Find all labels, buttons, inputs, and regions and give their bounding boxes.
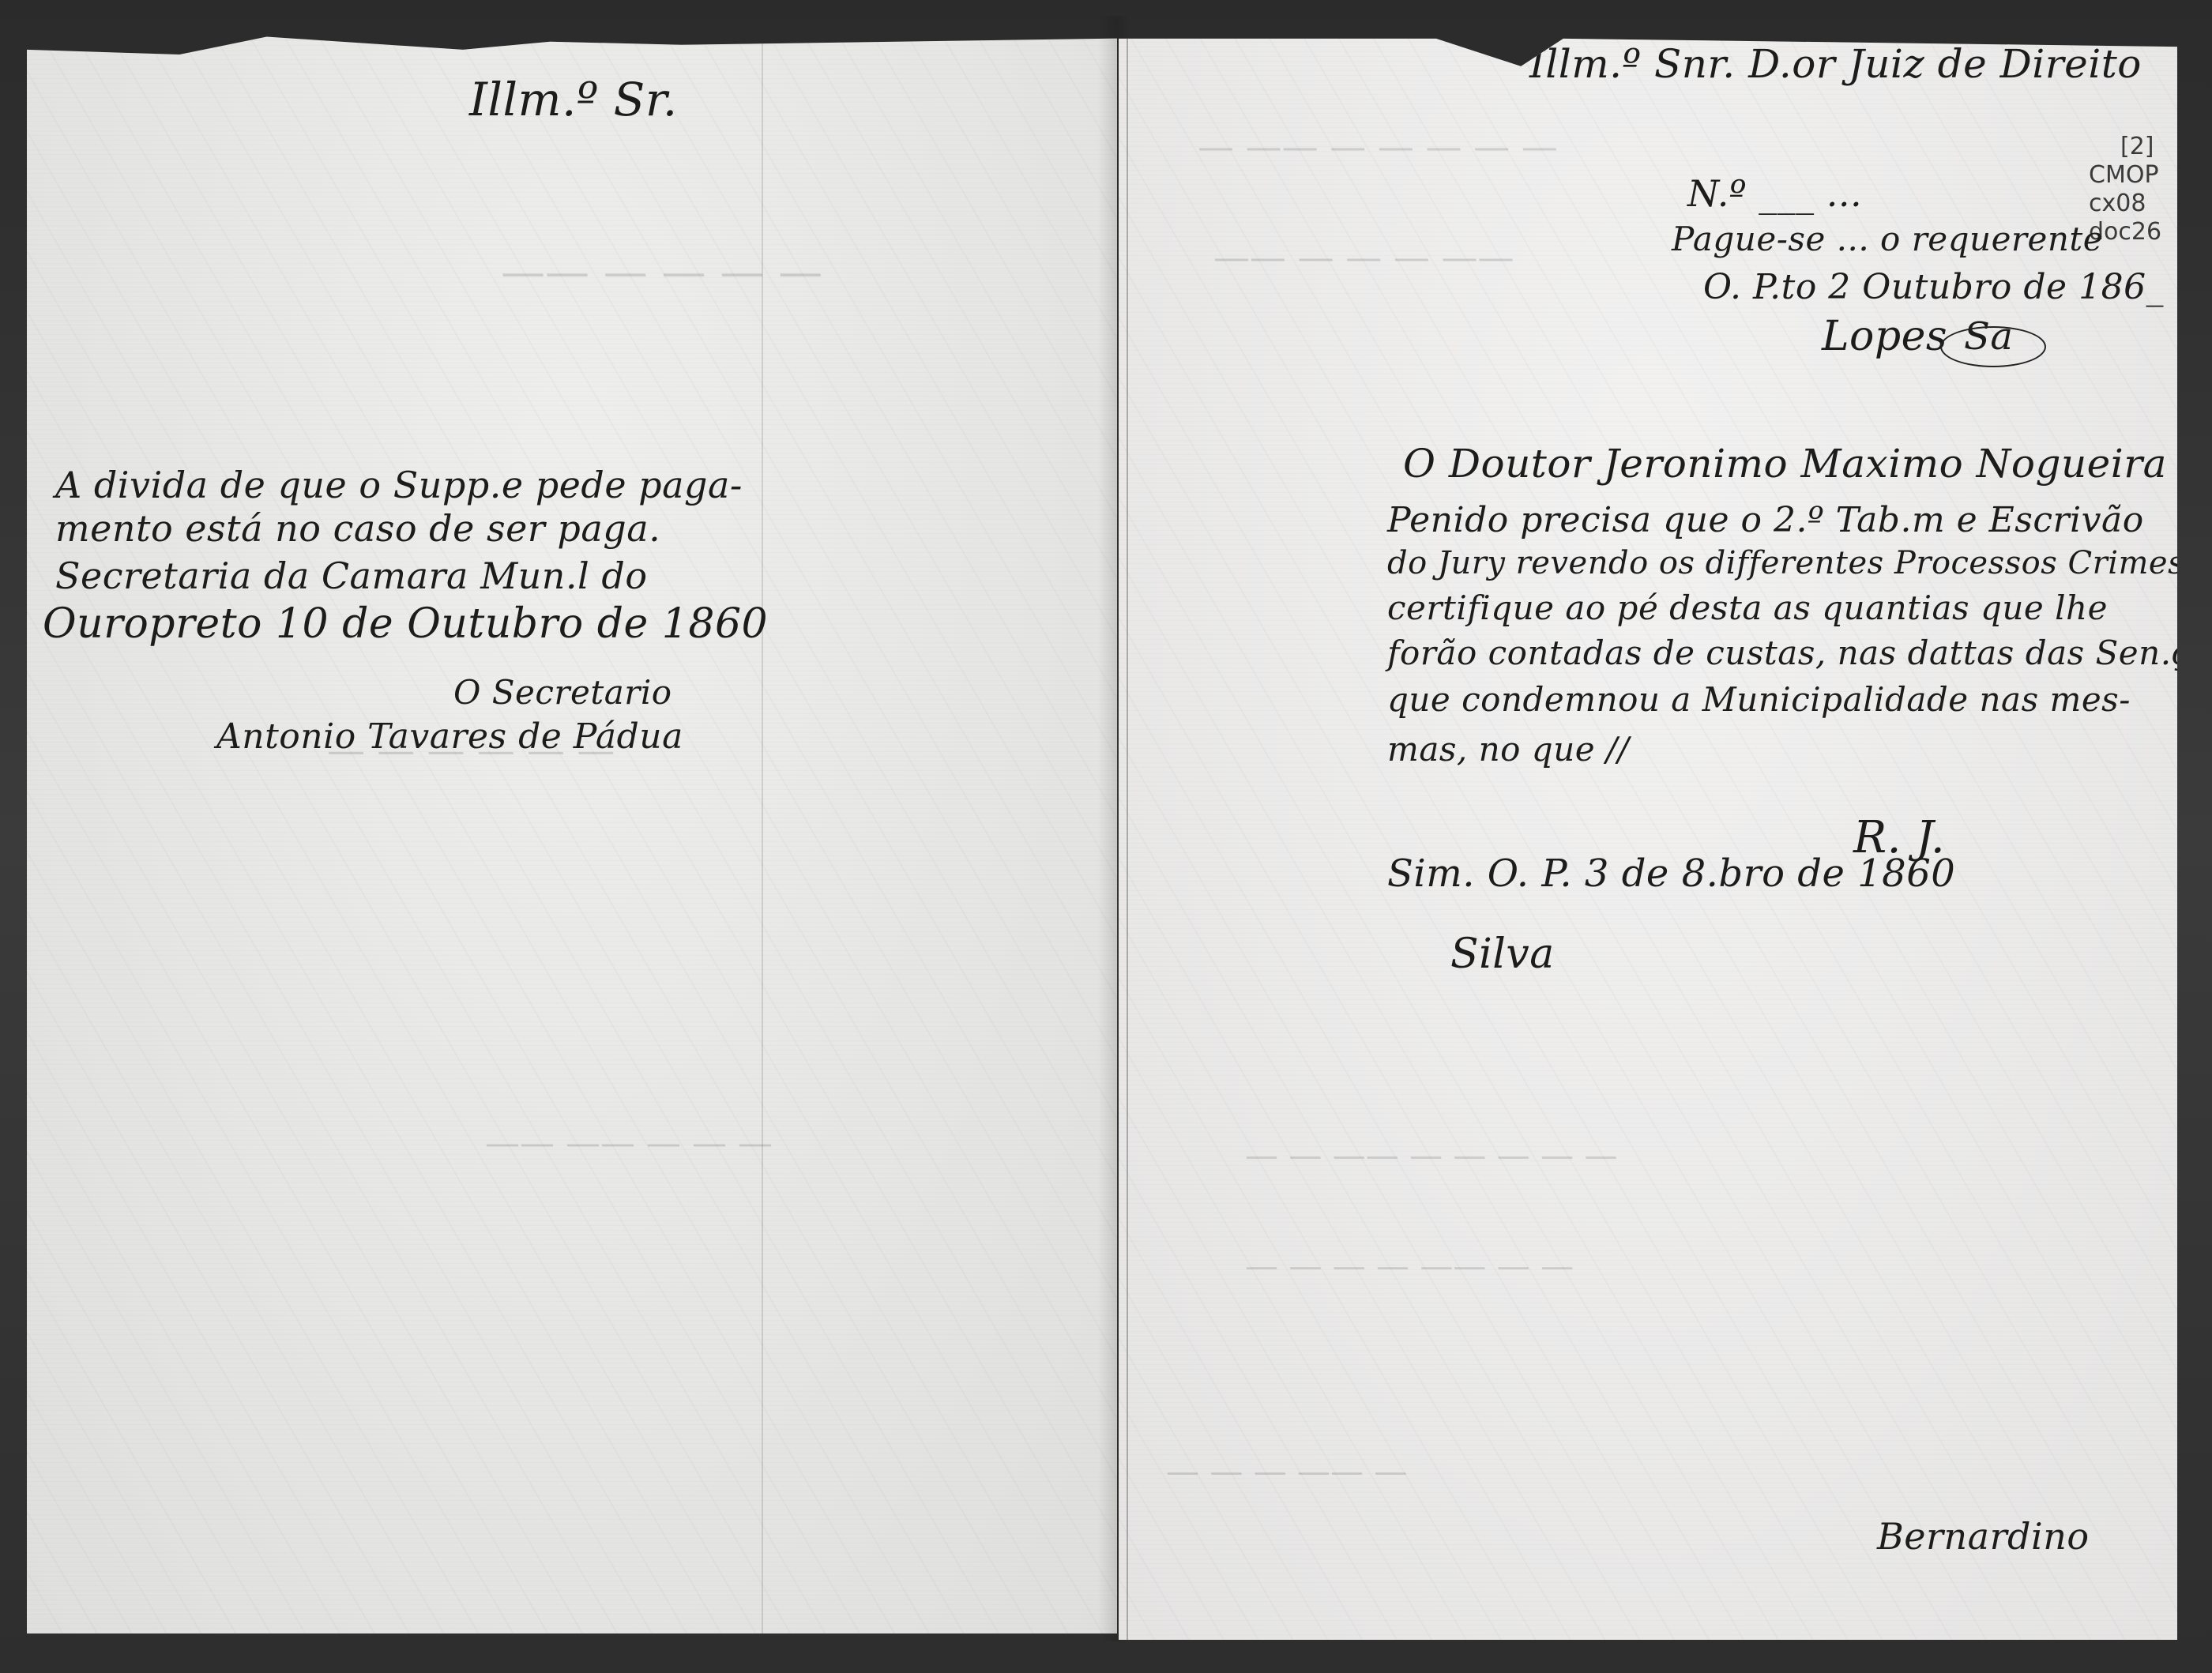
- bleed-through-text: — — — — — —— —: [1198, 125, 1558, 167]
- dispatch-place-date: O. P.to 2 Outubro de 186_: [1703, 267, 2164, 307]
- left-body-line-1: A divida de que o Supp.e pede paga-: [55, 464, 743, 506]
- clerk-signature: Silva: [1450, 930, 1555, 978]
- bleed-through-text: — — — —— ——: [485, 1123, 773, 1164]
- bleed-through-text: — — —— — — — —: [1245, 1246, 1574, 1285]
- bleed-through-text: —— — — — ——: [1213, 235, 1514, 278]
- left-heading: Illm.º Sr.: [469, 73, 678, 126]
- bleed-through-text: — — — — — —— — —: [1245, 1136, 1617, 1175]
- petition-line-1: O Doutor Jeronimo Maximo Nogueira: [1403, 441, 2167, 487]
- right-page: — — — — — —— — —— — — — —— — — — — — —— …: [1119, 14, 2177, 1640]
- address-line: Illm.º Snr. D.or Juiz de Direito: [1529, 41, 2142, 87]
- petition-line-7: mas, no que //: [1387, 730, 1629, 769]
- date-line: Sim. O. P. 3 de 8.bro de 1860: [1387, 852, 1955, 896]
- left-body-line-3: Secretaria da Camara Mun.l do: [55, 555, 648, 597]
- left-body-line-4: Ouropreto 10 de Outubro de 1860: [43, 600, 768, 648]
- archive-annotation-item: [2]: [2089, 133, 2168, 161]
- archive-annotation-item: cx08: [2089, 190, 2168, 218]
- signature-flourish: [1940, 326, 2046, 367]
- bleed-through-text: — —— — — —: [1166, 1452, 1407, 1491]
- left-closing-title: O Secretario: [453, 673, 672, 712]
- dispatch-order-line: Pague-se ... o requerente: [1672, 220, 2103, 258]
- petition-line-2: Penido precisa que o 2.º Tab.m e Escrivã…: [1387, 500, 2144, 540]
- bottom-signature: Bernardino: [1877, 1515, 2090, 1558]
- petition-line-5: forão contadas de custas, nas dattas das…: [1387, 633, 2177, 672]
- left-page: — — — — —— — — — — — — — — — —— —— Illm.…: [27, 17, 1117, 1634]
- bleed-through-text: — — — — ——: [501, 246, 822, 298]
- archive-annotation-item: CMOP: [2089, 161, 2168, 190]
- page-edge-line: [1127, 14, 1128, 1640]
- left-signature: Antonio Tavares de Pádua: [216, 716, 683, 757]
- dispatch-number-line: N.º ___ ...: [1687, 172, 1862, 215]
- dispatch-signature: Lopes: [1822, 313, 1947, 360]
- left-body-line-2: mento está no caso de ser paga.: [55, 507, 660, 550]
- scanned-document-background: — — — — —— — — — — — — — — — —— —— Illm.…: [0, 0, 2212, 1673]
- petition-line-6: que condemnou a Municipalidade nas mes-: [1387, 680, 2131, 719]
- petition-line-3: do Jury revendo os differentes Processos…: [1387, 545, 2177, 581]
- petition-line-4: certifique ao pé desta as quantias que l…: [1387, 588, 2108, 627]
